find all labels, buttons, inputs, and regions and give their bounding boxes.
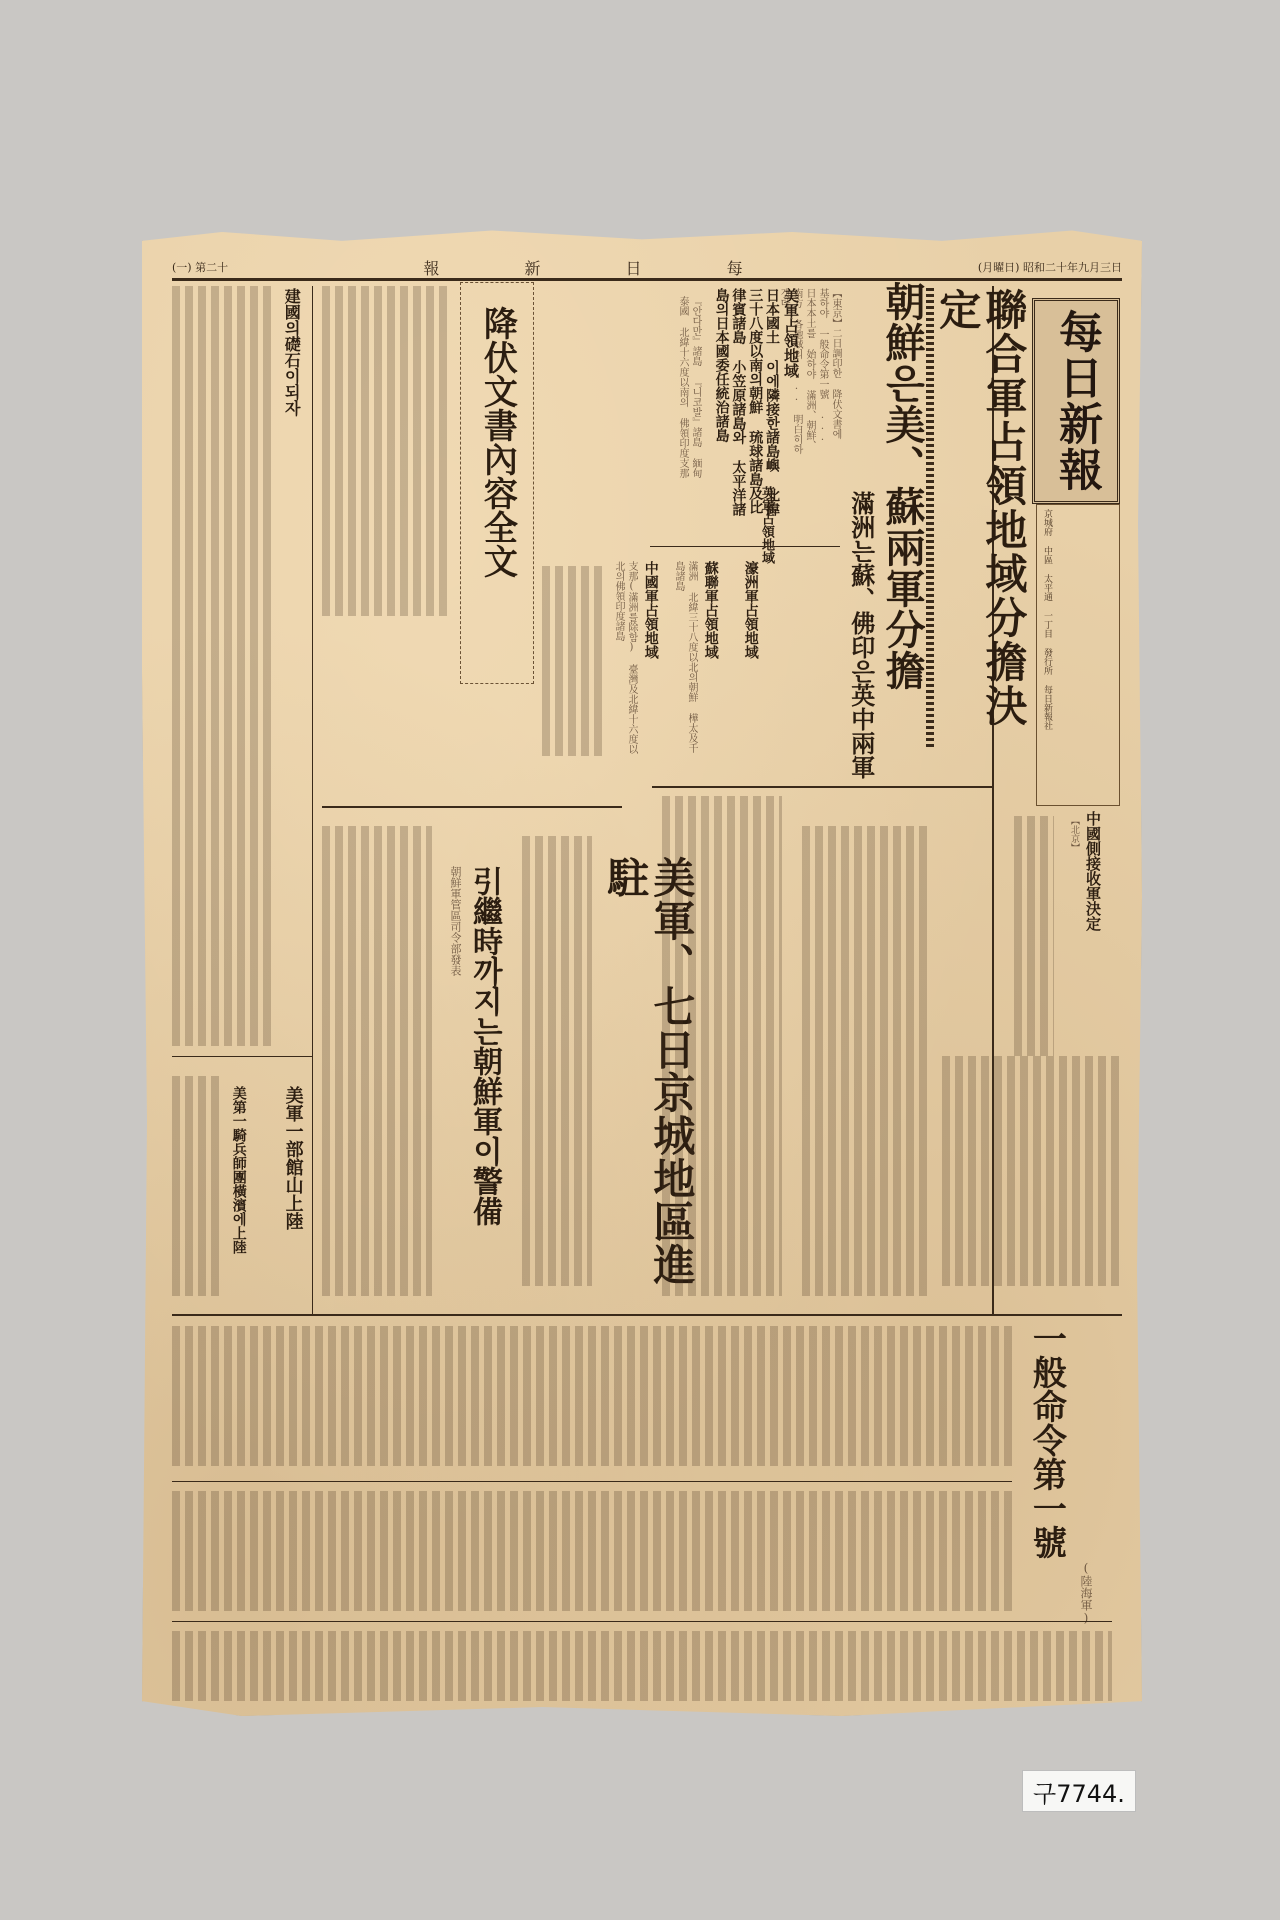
- au-zone-title: 濠洲軍占領地域: [742, 561, 759, 761]
- general-order-body-lower: [172, 1631, 1112, 1701]
- column-rule: [312, 286, 313, 1316]
- masthead-rule: [172, 278, 1122, 281]
- us-zone-text: 日本國土 이에隣接한諸島嶼 北緯三十八度以南의朝鮮 琉球諸島及比律賓諸島 小笠原…: [720, 288, 780, 518]
- masthead-center-title: 報 新 日 每: [423, 256, 782, 279]
- section-rule: [172, 1481, 1012, 1482]
- right-column-body: [942, 1056, 1122, 1286]
- general-order-headline: 一般命令第一號: [1027, 1321, 1064, 1641]
- korean-army-guard-body: [322, 826, 432, 1296]
- general-order-qualifier: (陸海軍): [1072, 1561, 1092, 1641]
- soviet-zone-text: 滿洲 北緯三十八度以北의朝鮮 樺太及千島諸島: [672, 561, 698, 761]
- us-zone-title: 美軍占領地域: [782, 288, 800, 708]
- wavy-rule: [926, 288, 934, 748]
- section-rule: [172, 1621, 1112, 1622]
- landing-body: [172, 1076, 222, 1296]
- issue-date: (月曜日) 昭和二十年九月三日: [978, 259, 1122, 275]
- zone-body-text: [542, 566, 602, 756]
- korean-army-guard-byline: 朝鮮軍管區司令部發表: [442, 866, 462, 1066]
- uk-zone-text: 『안다만』諸島 『니코발』諸島 緬甸 泰國 北緯十六度以南의 佛領印度支那: [650, 296, 702, 496]
- soviet-zone-title: 蘇聯軍占領地域: [702, 561, 719, 761]
- china-takeover-headline: 中國側接收軍決定: [1084, 811, 1102, 971]
- china-zone-text: 支那(滿洲를除함) 臺灣及北緯十六度以北의佛領印度諸島: [612, 561, 638, 761]
- center-column-body: [662, 796, 782, 1296]
- hakodate-landing-headline: 美軍一部館山上陸: [282, 1086, 304, 1286]
- catalog-label: 구7744.: [1022, 1770, 1136, 1812]
- center-right-body: [802, 826, 932, 1296]
- yokohama-landing-headline: 美第一騎兵師團橫濱에上陸: [230, 1086, 247, 1286]
- section-rule: [652, 786, 992, 788]
- section-rule: [172, 1056, 312, 1057]
- china-takeover-dateline: 【北京】: [1067, 816, 1080, 966]
- publisher-info: 京城府 中區 太平通 一丁目 發行所 每日新報社: [1036, 504, 1120, 806]
- masthead-line: (一) 第二十 報 新 日 每 (月曜日) 昭和二十年九月三日: [172, 258, 1122, 276]
- newspaper-title-box: 每日新報: [1032, 298, 1120, 504]
- publisher-text: 京城府 中區 太平通 一丁目 發行所 每日新報社: [1037, 505, 1057, 803]
- surrender-document-headline: 降伏文書內容全文: [478, 306, 515, 666]
- left-column-body: [172, 286, 272, 1046]
- lead-subheadline: 朝鮮은美、蘇兩軍分擔: [880, 281, 924, 761]
- lead-deck: 滿洲는蘇、佛印은英中兩軍: [846, 491, 875, 841]
- general-order-body-middle: [172, 1491, 1012, 1611]
- china-takeover-body: [1014, 816, 1054, 1056]
- china-zone-title: 中國軍占領地域: [642, 561, 659, 761]
- lower-section-rule: [172, 1314, 1122, 1316]
- surrender-document-body: [322, 286, 452, 616]
- zone-divider: [650, 546, 840, 547]
- newspaper-page: (一) 第二十 報 新 日 每 (月曜日) 昭和二十年九月三日 每日新報 京城府…: [142, 226, 1142, 1716]
- newspaper-name: 每日新報: [1054, 309, 1098, 493]
- foundation-headline: 建國의礎石이되자: [282, 288, 301, 488]
- page-number: (一) 第二十: [172, 259, 228, 275]
- section-rule: [322, 806, 622, 808]
- lead-headline: 聯合軍占領地域分擔決定: [934, 288, 1026, 758]
- us-army-entry-body: [522, 836, 592, 1286]
- korean-army-guard-headline: 引繼時까지는朝鮮軍이警備: [468, 866, 501, 1296]
- general-order-body-upper: [172, 1326, 1012, 1466]
